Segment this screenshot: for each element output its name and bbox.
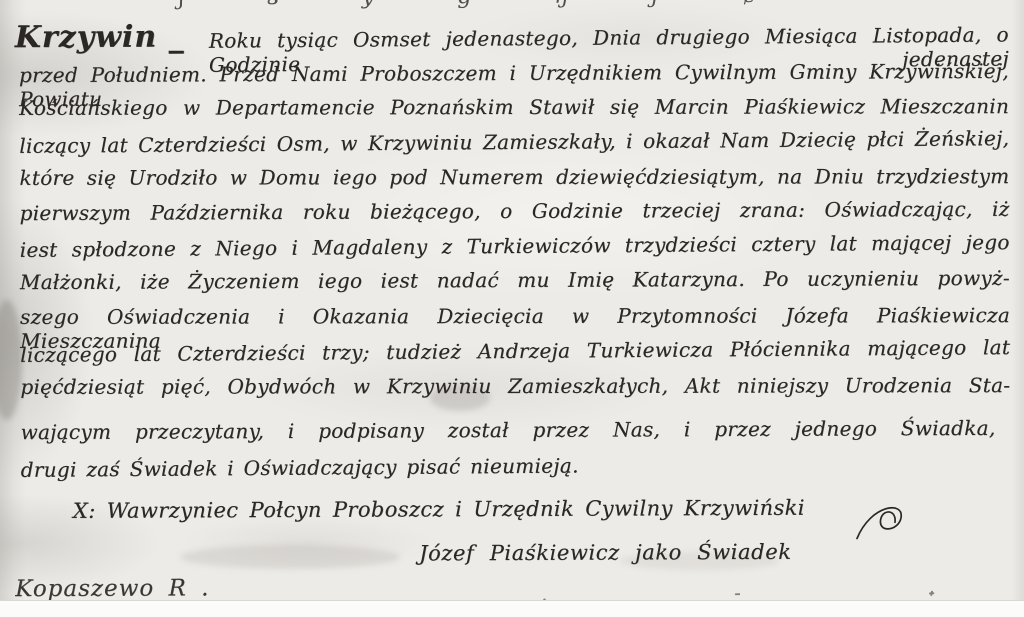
scanner-bed-strip <box>0 600 1024 617</box>
record-line: szego Oświadczenia i Okazania Dziecięcia… <box>20 303 1010 337</box>
record-line: liczący lat Czterdzieści Osm, w Krzywini… <box>19 126 1009 166</box>
record-line: wającym przeczytany, i podpisany został … <box>20 416 995 452</box>
record-line: pięćdziesiąt pięć, Obydwóch w Krzywiniu … <box>20 373 1010 407</box>
record-line: Małżonki, iże Życzeniem iego iest nadać … <box>20 266 1010 302</box>
signature-flourish <box>853 498 923 546</box>
record-line: drugi zaś Świadek i Oświadczający pisać … <box>21 450 1011 490</box>
cut-off-previous-line-fragments: ʃ ᴕ y ɡ ŋ ʄ ɕ <box>179 0 793 11</box>
record-line: przed Południem. Przed Nami Proboszczem … <box>19 59 1009 95</box>
record-place-heading: Krzywin _ <box>15 19 185 55</box>
record-line: Roku tysiąc Osmset jedenastego, Dnia dru… <box>209 22 1009 60</box>
record-line: Kościańskiego w Departamencie Poznańskim… <box>19 94 1009 128</box>
record-text: ʃ ᴕ y ɡ ŋ ʄ ɕ Krzywin _ Roku tysiąc Osms… <box>0 0 1024 617</box>
record-line: liczącego lat Czterdzieści trzy; tudzież… <box>20 335 1010 375</box>
officiant-attestation-line: X: Wawrzyniec Połcyn Proboszcz i Urzędni… <box>73 496 805 523</box>
next-entry-fragment: Kopaszewo R . <box>15 575 209 602</box>
record-line: pierwszym Października roku bieżącego, o… <box>20 197 1010 233</box>
witness-signature-line: Józef Piaśkiewicz jako Świadek <box>419 540 792 566</box>
record-line: które się Urodziło w Domu iego pod Numer… <box>19 164 1009 198</box>
scanned-document-page: ʃ ᴕ y ɡ ŋ ʄ ɕ Krzywin _ Roku tysiąc Osms… <box>0 0 1024 617</box>
record-line: iest spłodzone z Niego i Magdaleny z Tur… <box>20 230 1010 270</box>
